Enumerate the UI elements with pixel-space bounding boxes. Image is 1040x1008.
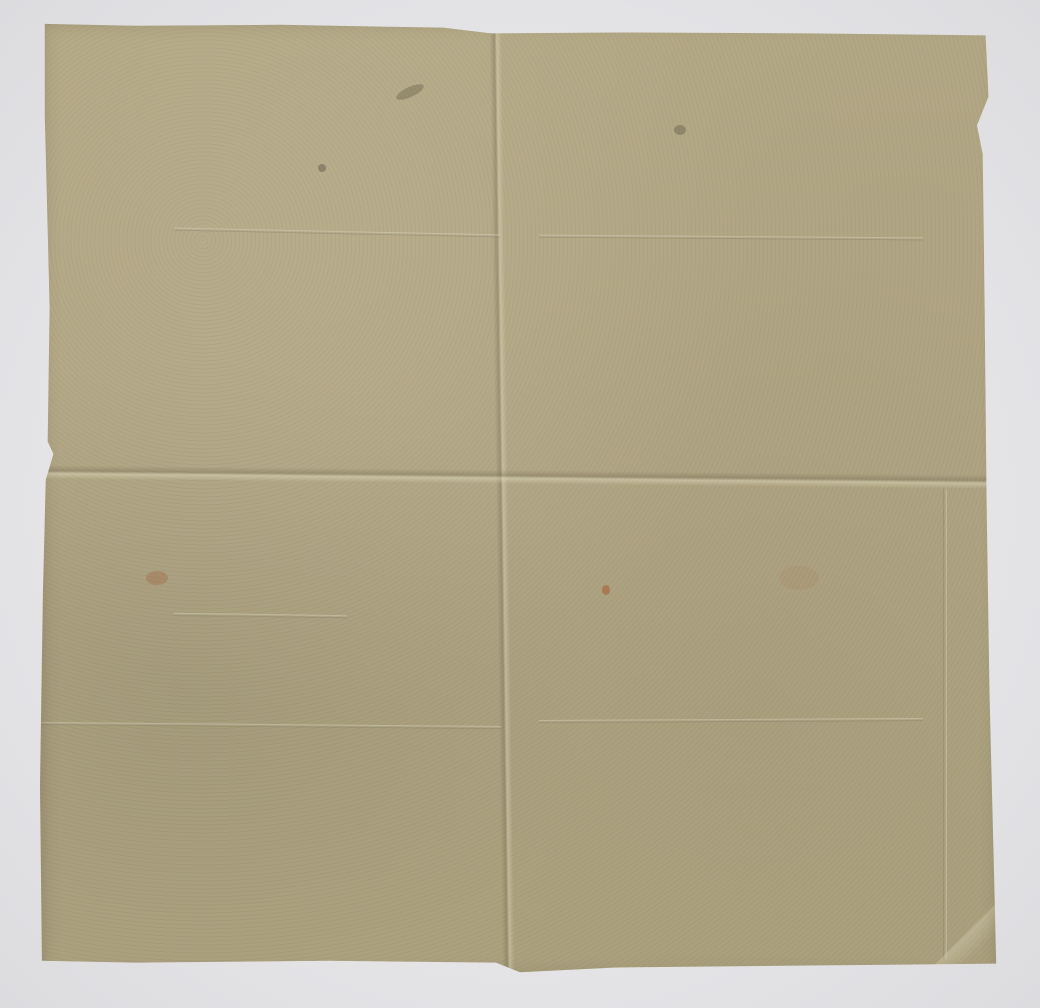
aged-paper-sheet <box>40 20 1000 978</box>
paper-edge-shading <box>40 20 1000 978</box>
